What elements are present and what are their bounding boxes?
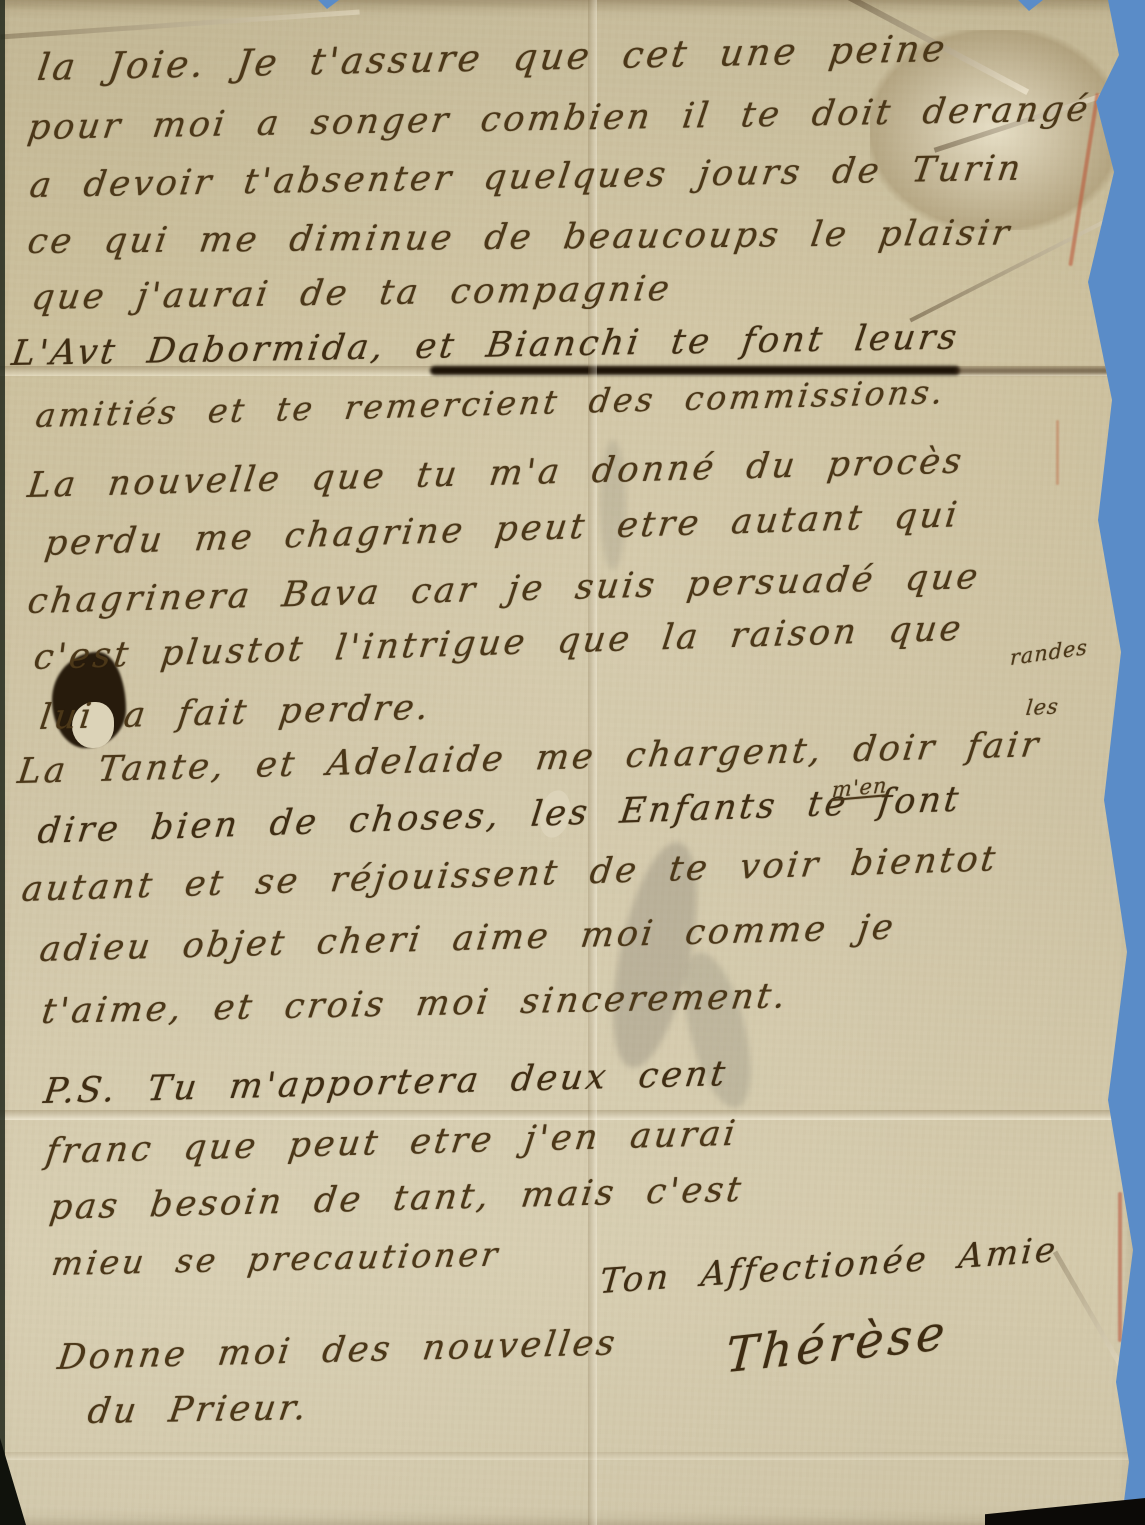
left-edge-shadow <box>0 0 5 1525</box>
ink-smear-on-fold-right <box>955 368 1135 374</box>
paper-sheet: la Joie. Je t'assure que cet une peine p… <box>0 0 1145 1525</box>
red-chalk-mark <box>1118 1192 1122 1342</box>
scanned-letter: la Joie. Je t'assure que cet une peine p… <box>0 0 1145 1525</box>
red-chalk-mark <box>1056 420 1059 485</box>
interline-correction: m'en <box>831 773 888 802</box>
horizontal-fold-bottom <box>0 1452 1145 1460</box>
handwritten-line: du Prieur. <box>85 1388 311 1432</box>
marginal-word: les <box>1025 694 1060 720</box>
